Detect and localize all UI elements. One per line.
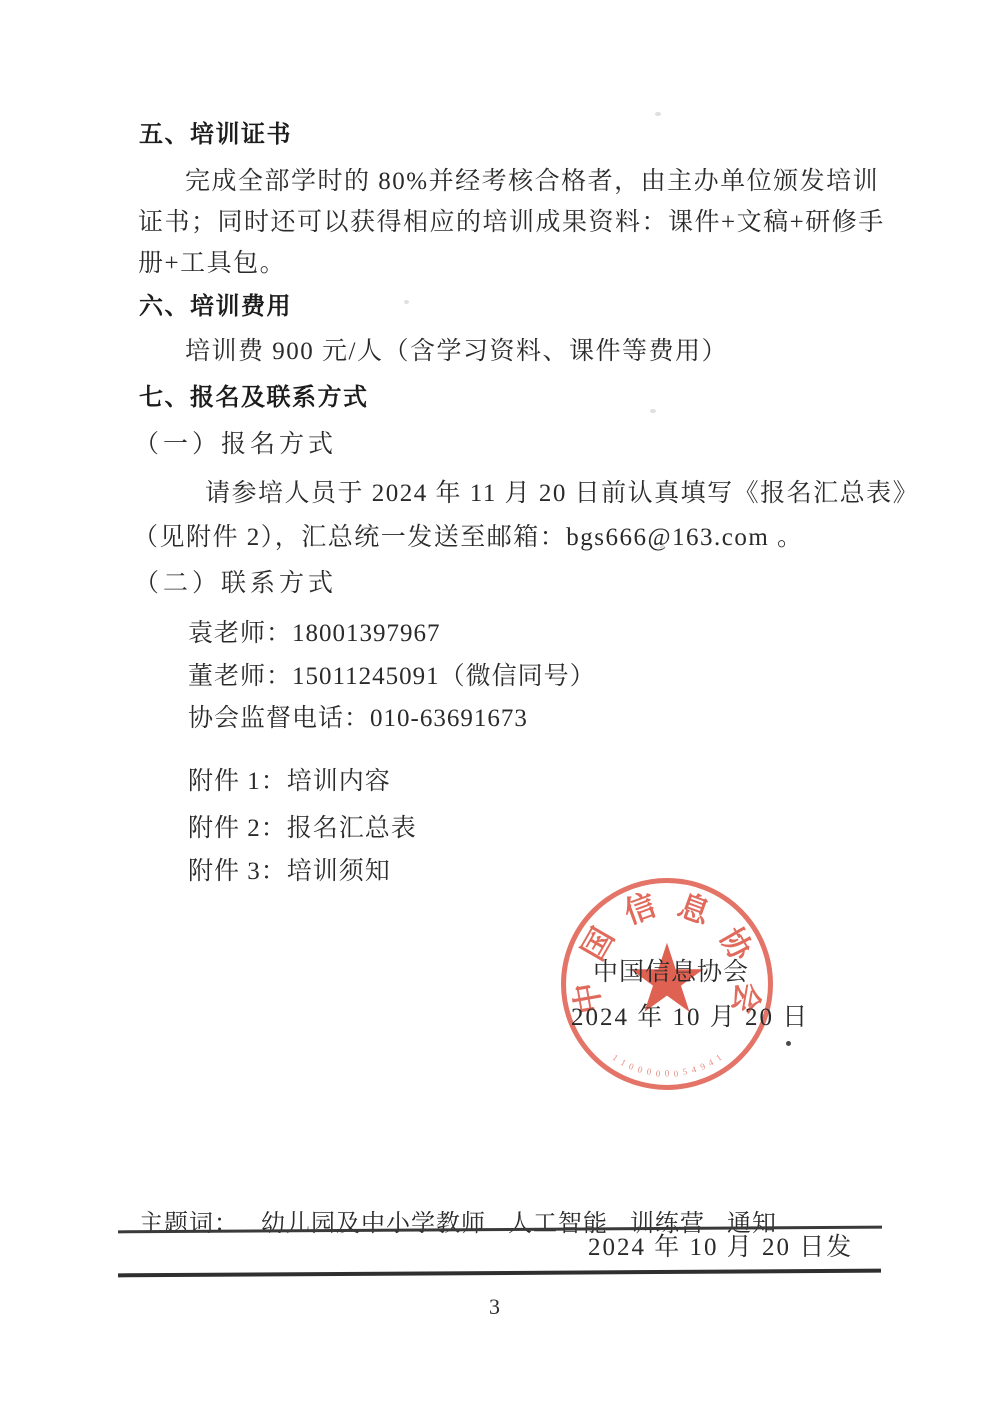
attachment-1: 附件 1：培训内容 bbox=[188, 768, 391, 797]
scan-speck bbox=[404, 300, 409, 304]
registration-line-2: （见附件 2），汇总统一发送至邮箱：bgs666@163.com 。 bbox=[133, 524, 804, 553]
subject-keywords-row: 主题词： 幼儿园及中小学教师 人工智能 训练营 通知 bbox=[139, 1203, 777, 1238]
seal-serial-digit: 0 bbox=[655, 1069, 660, 1078]
subject-keyword: 训练营 bbox=[630, 1203, 705, 1238]
contact-subheading: （二）联系方式 bbox=[134, 570, 337, 599]
document-page: 五、培训证书 完成全部学时的 80%并经考核合格者，由主办单位颁发培训 证书；同… bbox=[0, 0, 1000, 1413]
issue-date-signature: 2024 年 10 月 20 日 bbox=[571, 1004, 809, 1033]
subject-keyword: 通知 bbox=[727, 1203, 777, 1238]
issuer-name: 中国信息协会 bbox=[593, 959, 749, 988]
seal-serial-digit: 0 bbox=[665, 1070, 670, 1079]
section-6-heading: 六、培训费用 bbox=[139, 293, 292, 321]
seal-serial-digit: 0 bbox=[673, 1069, 678, 1078]
attachment-2: 附件 2：报名汇总表 bbox=[188, 815, 417, 844]
attachment-3: 附件 3：培训须知 bbox=[188, 858, 391, 887]
seal-serial-digit: 0 bbox=[646, 1067, 652, 1077]
section-7-heading: 七、报名及联系方式 bbox=[139, 384, 369, 412]
page-number: 3 bbox=[489, 1294, 500, 1319]
scan-speck bbox=[660, 545, 665, 549]
scan-speck bbox=[650, 409, 656, 413]
footer-rule-bottom bbox=[118, 1269, 881, 1278]
subject-keyword: 幼儿园及中小学教师 bbox=[261, 1203, 486, 1238]
registration-subheading: （一）报名方式 bbox=[134, 431, 337, 460]
contact-supervision-phone: 协会监督电话：010-63691673 bbox=[188, 705, 528, 734]
section-5-paragraph-line-2: 证书；同时还可以获得相应的培训成果资料：课件+文稿+研修手 bbox=[138, 209, 885, 238]
section-5-paragraph-line-1: 完成全部学时的 80%并经考核合格者，由主办单位颁发培训 bbox=[185, 168, 879, 197]
registration-line-1: 请参培人员于 2024 年 11 月 20 日前认真填写《报名汇总表》 bbox=[205, 480, 919, 509]
section-5-paragraph-line-3: 册+工具包。 bbox=[138, 250, 286, 279]
contact-yuan: 袁老师：18001397967 bbox=[188, 620, 441, 649]
section-6-body: 培训费 900 元/人（含学习资料、课件等费用） bbox=[185, 338, 728, 367]
subject-keyword: 人工智能 bbox=[508, 1203, 608, 1238]
section-5-heading: 五、培训证书 bbox=[139, 121, 292, 149]
scan-speck bbox=[655, 112, 661, 116]
contact-dong: 董老师：15011245091（微信同号） bbox=[188, 663, 596, 692]
footer-issue-date: 2024 年 10 月 20 日发 bbox=[588, 1234, 853, 1263]
scan-dot bbox=[786, 1041, 791, 1046]
